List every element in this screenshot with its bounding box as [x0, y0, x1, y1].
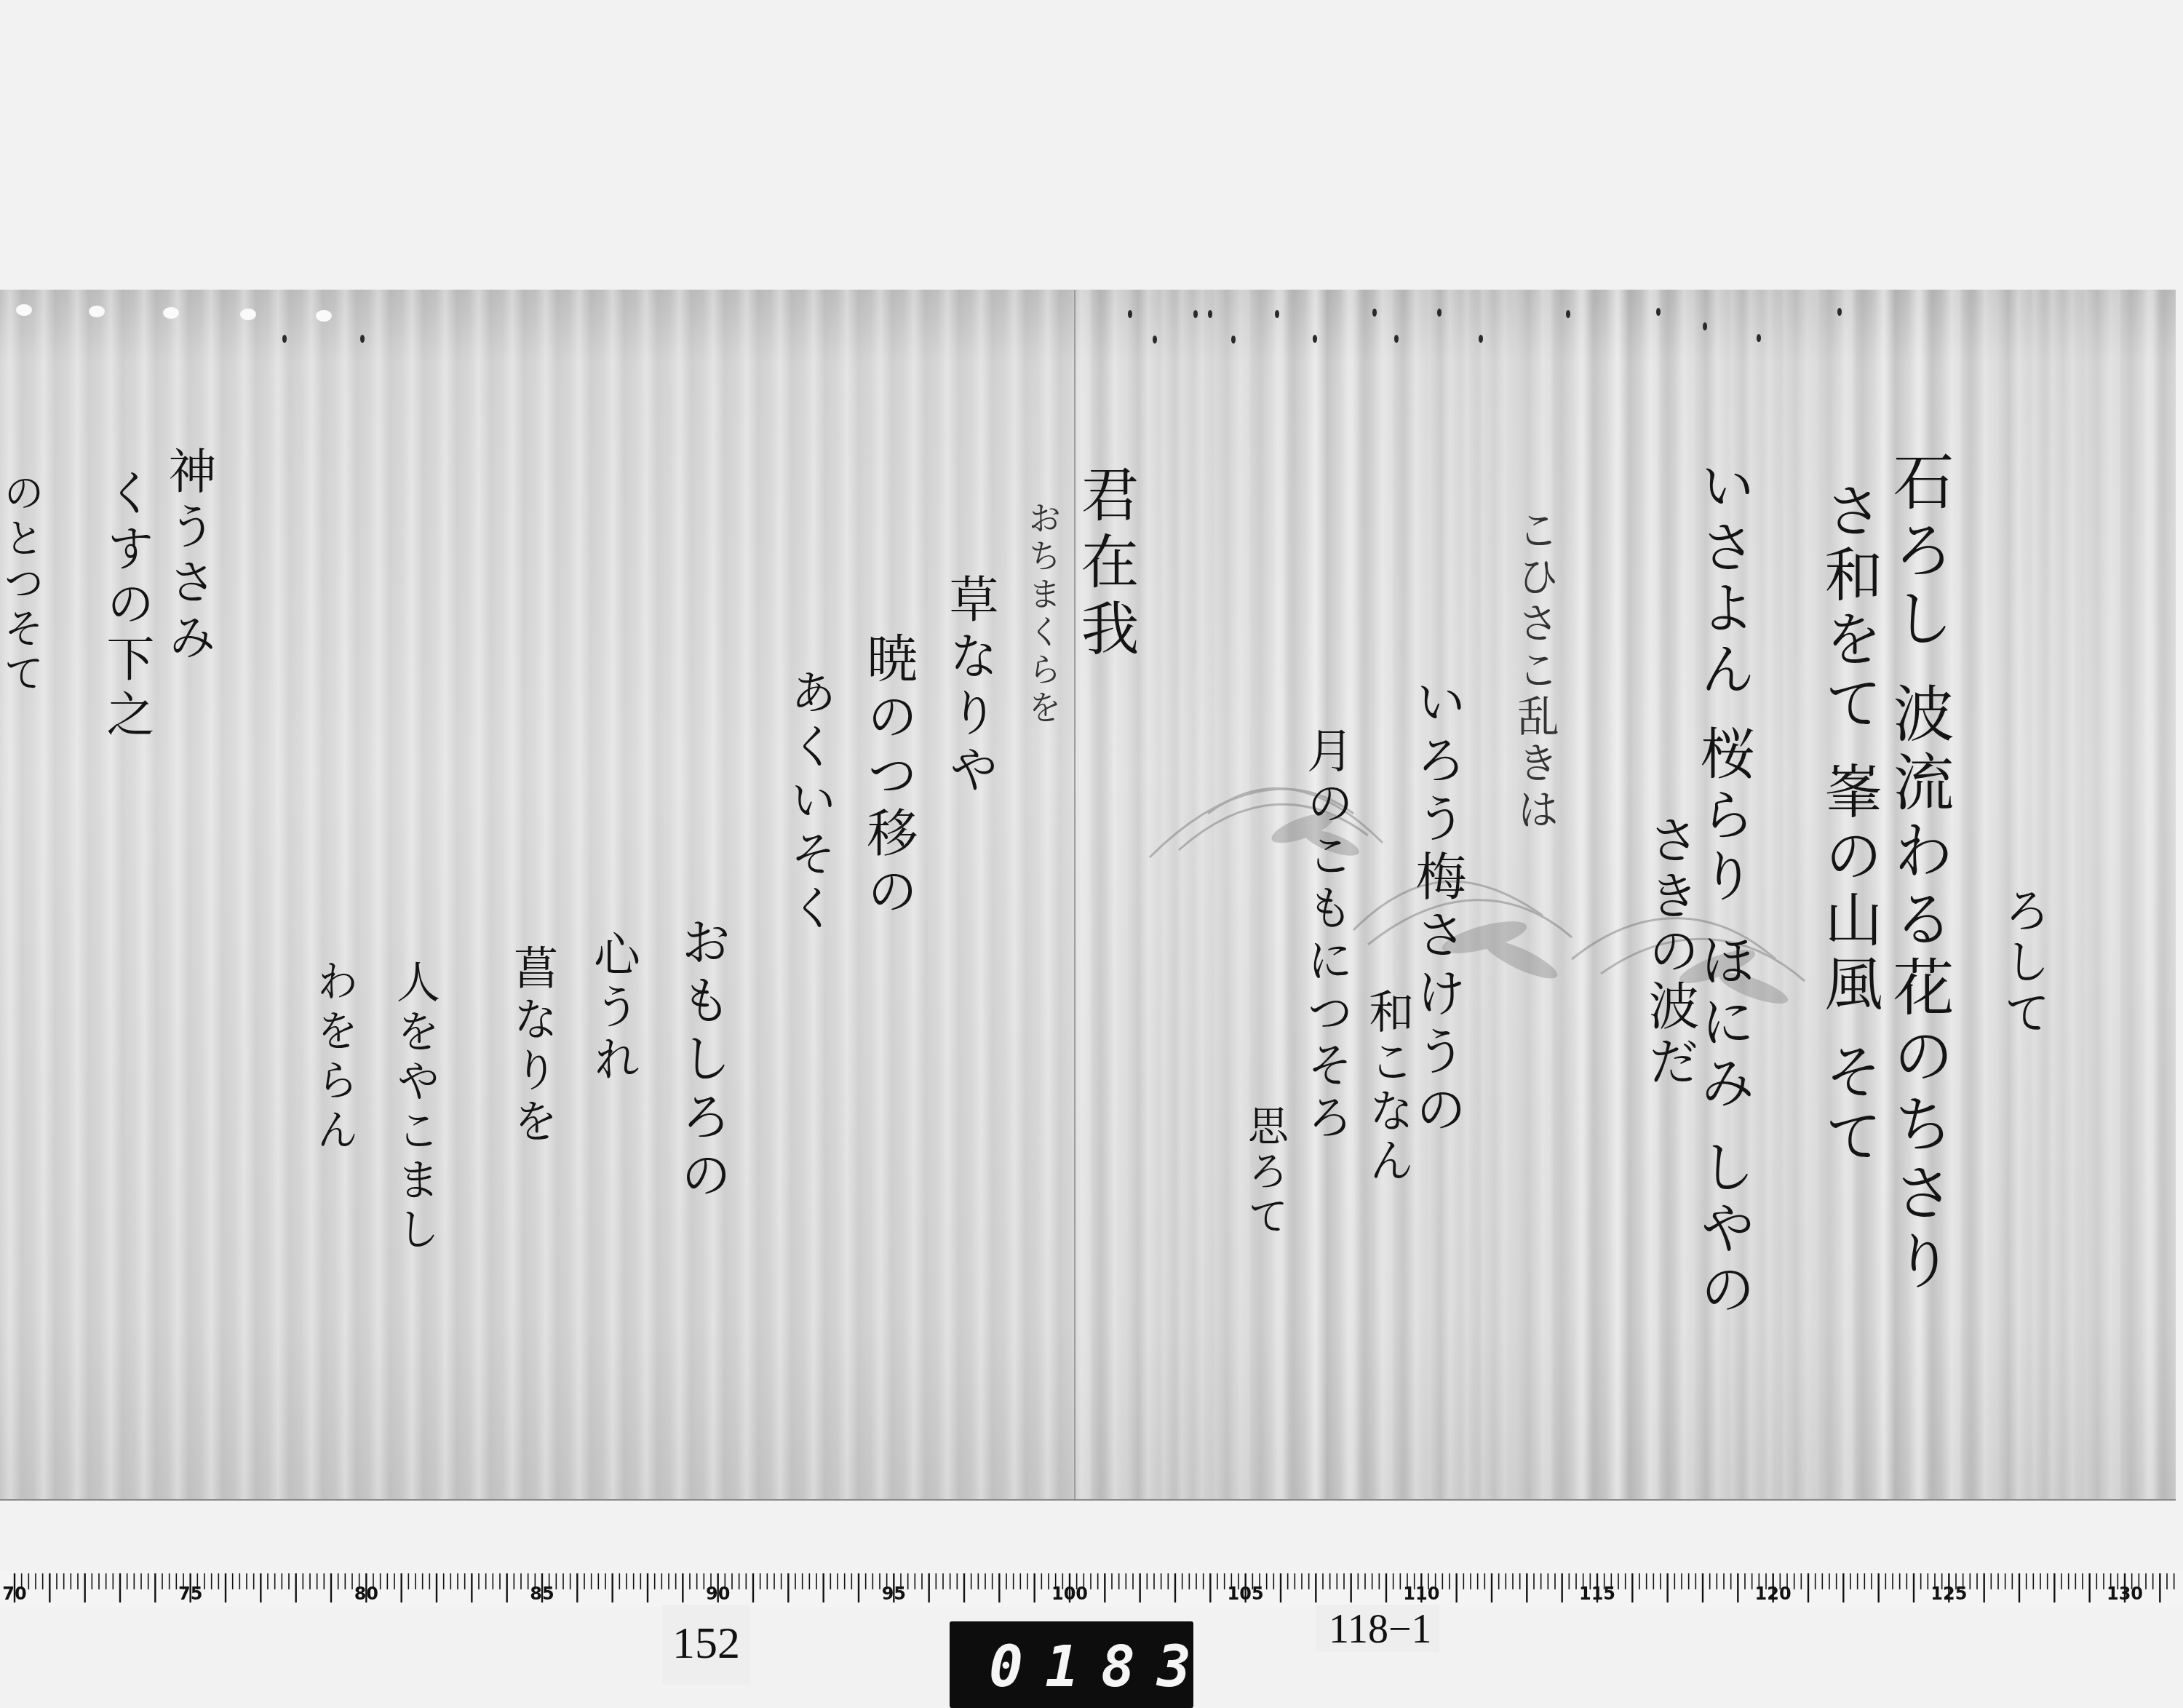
svg-text:100: 100	[1051, 1584, 1088, 1604]
pin-hole	[1703, 322, 1707, 330]
pin-hole	[1231, 335, 1236, 343]
pin-hole	[1394, 335, 1399, 343]
sheet-number-label: 152	[662, 1605, 749, 1685]
pin-hole	[1437, 309, 1442, 317]
text-column: 草なりや	[945, 573, 994, 801]
text-column: 神うさみ	[164, 446, 212, 667]
text-column: ろして	[2000, 886, 2046, 1039]
svg-text:95: 95	[882, 1584, 906, 1604]
pin-hole	[1128, 310, 1132, 318]
catalog-number-label: 118−1	[1316, 1605, 1439, 1652]
catalog-number: 118−1	[1329, 1606, 1432, 1653]
text-column: さ和をて 峯の山風 そて	[1819, 480, 1877, 1169]
svg-text:105: 105	[1228, 1584, 1264, 1604]
svg-text:125: 125	[1930, 1584, 1967, 1604]
svg-text:130: 130	[2107, 1584, 2143, 1604]
pin-mark	[163, 307, 179, 319]
text-column: 和こなん	[1365, 988, 1410, 1186]
pin-mark	[316, 310, 332, 322]
ruler-ticks: 707580859095100105110115120125130	[0, 1570, 2183, 1607]
text-column: おちまくらを	[1026, 501, 1059, 728]
frame-counter-value: 0183	[989, 1634, 1213, 1700]
pin-hole	[1656, 308, 1661, 316]
pin-mark	[16, 304, 32, 316]
text-column: のとつそて	[0, 472, 41, 697]
pin-hole	[1479, 335, 1483, 343]
text-column: 人をやこまし	[393, 959, 437, 1256]
svg-text:70: 70	[2, 1584, 26, 1604]
svg-text:85: 85	[530, 1584, 554, 1604]
pin-hole	[282, 335, 287, 343]
text-column: 石ろし 波流わる花のちさり	[1888, 450, 1949, 1298]
pin-hole	[1313, 335, 1317, 343]
pin-hole	[1208, 310, 1212, 318]
text-column: 君在我	[1075, 464, 1134, 665]
text-column: くすの下之	[102, 468, 150, 744]
text-column: いろう梅さけうの	[1412, 675, 1463, 1141]
text-column: おもしろの	[677, 915, 728, 1207]
measuring-ruler: 707580859095100105110115120125130	[0, 1570, 2183, 1607]
pin-hole	[1372, 309, 1377, 317]
svg-text:80: 80	[354, 1584, 378, 1604]
text-column: いさよん 桜らり ほにみ しやの	[1695, 457, 1751, 1322]
pin-hole	[1837, 308, 1842, 316]
pin-mark	[240, 309, 256, 320]
svg-text:75: 75	[178, 1584, 202, 1604]
pin-hole	[1153, 335, 1157, 343]
sheet-number: 152	[672, 1618, 740, 1669]
text-column: あくいそく	[786, 668, 832, 937]
text-column: 思ろて	[1244, 1105, 1285, 1240]
pin-hole	[1193, 310, 1198, 318]
scroll-paper: ろして 石ろし 波流わる花のちさり さ和をて 峯の山風 そて いさよん 桜らり …	[0, 290, 2176, 1501]
pin-hole	[360, 335, 365, 343]
text-column: こひさこ乱きは	[1514, 508, 1556, 834]
pin-hole	[1757, 334, 1761, 342]
text-column: 暁のつ移の	[863, 632, 914, 923]
text-column: 心うれ	[589, 930, 636, 1087]
svg-text:110: 110	[1403, 1584, 1439, 1604]
text-column: わをらん	[313, 959, 355, 1157]
text-column: 月のこもにつそろ	[1303, 726, 1349, 1145]
frame-counter: 0183	[950, 1621, 1193, 1708]
pin-hole	[1275, 310, 1279, 318]
svg-text:90: 90	[706, 1584, 730, 1604]
svg-text:115: 115	[1579, 1584, 1615, 1604]
text-column: 菖なりを	[509, 945, 554, 1148]
pin-hole	[1566, 310, 1570, 318]
text-column: さきの波だ	[1645, 814, 1695, 1090]
svg-text:120: 120	[1755, 1584, 1792, 1604]
pin-mark	[89, 306, 105, 317]
